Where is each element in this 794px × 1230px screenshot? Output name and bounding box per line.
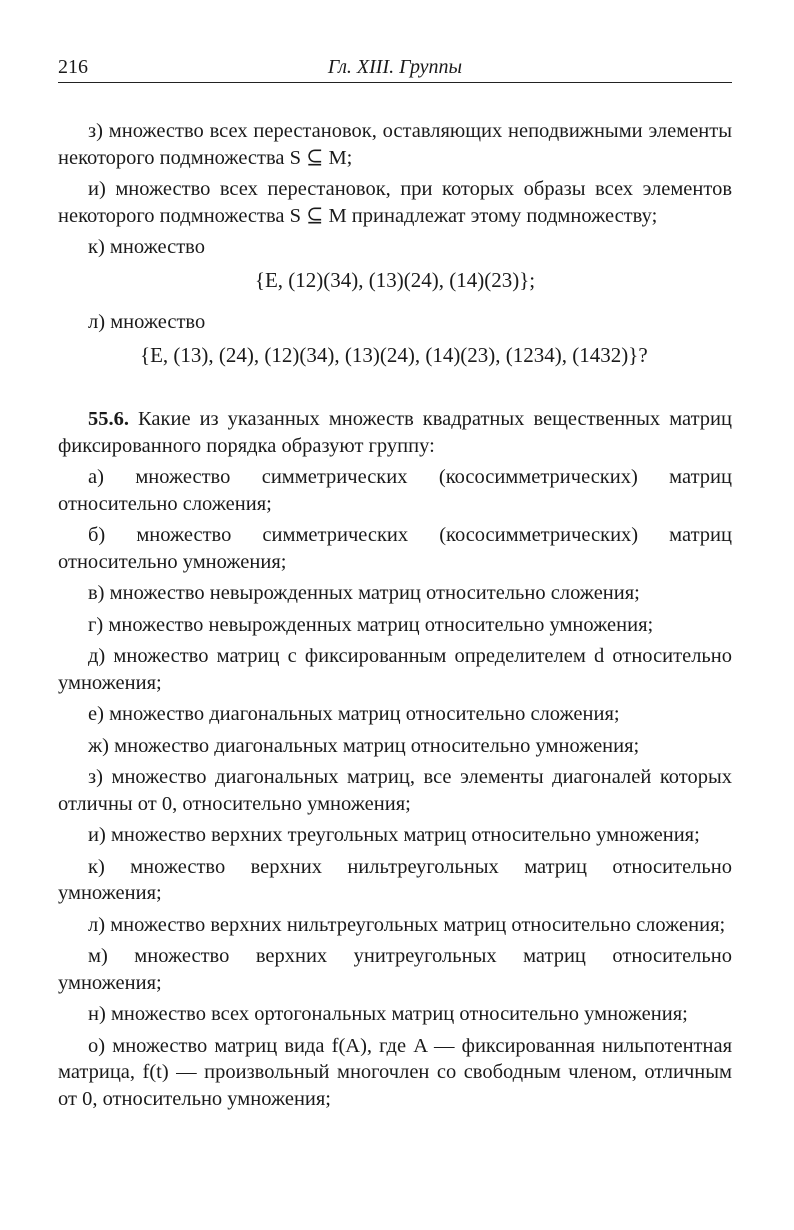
item-text: множество всех перестановок, оставляющих… (58, 120, 732, 169)
list-item: б) множество симметрических (кососимметр… (58, 522, 732, 575)
item-label: л) (88, 311, 110, 333)
set-formula: {E, (12)(34), (13)(24), (14)(23)}; (58, 267, 732, 294)
list-item: г) множество невырожденных матриц относи… (58, 612, 732, 639)
item-label: г) (88, 614, 108, 636)
item-text: множество (110, 311, 205, 333)
item-label: л) (88, 914, 110, 936)
problem-text: Какие из указанных множеств квадратных в… (58, 408, 732, 457)
set-formula: {E, (13), (24), (12)(34), (13)(24), (14)… (58, 342, 732, 369)
item-text: множество всех перестановок, при которых… (58, 178, 732, 227)
problem-number: 55.6. (88, 408, 129, 430)
list-item: к) множество верхних нильтреугольных мат… (58, 854, 732, 907)
item-label: д) (88, 645, 113, 667)
list-item: и) множество всех перестановок, при кото… (58, 176, 732, 229)
list-item: д) множество матриц с фиксированным опре… (58, 643, 732, 696)
list-item: и) множество верхних треугольных матриц … (58, 822, 732, 849)
item-text: множество симметрических (кососимметриче… (58, 524, 732, 573)
list-item: ж) множество диагональных матриц относит… (58, 733, 732, 760)
list-item: з) множество всех перестановок, оставляю… (58, 118, 732, 171)
list-item: л) множество (58, 309, 732, 336)
list-item: к) множество (58, 234, 732, 261)
item-text: множество всех ортогональных матриц отно… (111, 1003, 688, 1025)
item-label: в) (88, 582, 110, 604)
continuation-list: з) множество всех перестановок, оставляю… (58, 118, 732, 368)
item-text: множество верхних нильтреугольных матриц… (58, 856, 732, 905)
item-label: ж) (88, 735, 114, 757)
item-text: множество диагональных матриц относитель… (114, 735, 639, 757)
item-label: к) (88, 856, 130, 878)
item-text: множество невырожденных матриц относител… (108, 614, 653, 636)
list-item: н) множество всех ортогональных матриц о… (58, 1001, 732, 1028)
item-text: множество матриц с фиксированным определ… (58, 645, 732, 694)
item-label: е) (88, 703, 109, 725)
list-item: м) множество верхних унитреугольных матр… (58, 943, 732, 996)
item-text: множество (110, 236, 205, 258)
list-item: а) множество симметрических (кососимметр… (58, 464, 732, 517)
item-label: и) (88, 824, 111, 846)
running-title: Гл. XIII. Группы (58, 56, 732, 79)
item-label: б) (88, 524, 136, 546)
page-header: 216 Гл. XIII. Группы (58, 52, 732, 83)
item-text: множество диагональных матриц, все элеме… (58, 766, 732, 815)
item-text: множество матриц вида f(A), где A — фикс… (58, 1035, 732, 1110)
item-label: з) (88, 766, 111, 788)
list-item: е) множество диагональных матриц относит… (58, 701, 732, 728)
item-text: множество верхних нильтреугольных матриц… (110, 914, 725, 936)
item-label: о) (88, 1035, 112, 1057)
page-body: з) множество всех перестановок, оставляю… (58, 118, 732, 1117)
item-label: н) (88, 1003, 111, 1025)
problem-statement: 55.6. Какие из указанных множеств квадра… (58, 406, 732, 459)
list-item: л) множество верхних нильтреугольных мат… (58, 912, 732, 939)
item-text: множество невырожденных матриц относител… (110, 582, 640, 604)
item-label: а) (88, 466, 135, 488)
list-item: в) множество невырожденных матриц относи… (58, 580, 732, 607)
problem-item-list: а) множество симметрических (кососимметр… (58, 464, 732, 1112)
list-item: о) множество матриц вида f(A), где A — ф… (58, 1033, 732, 1113)
item-text: множество верхних треугольных матриц отн… (111, 824, 700, 846)
item-text: множество верхних унитреугольных матриц … (58, 945, 732, 994)
item-label: к) (88, 236, 110, 258)
item-label: и) (88, 178, 115, 200)
item-text: множество симметрических (кососимметриче… (58, 466, 732, 515)
item-label: м) (88, 945, 134, 967)
item-label: з) (88, 120, 109, 142)
item-text: множество диагональных матриц относитель… (109, 703, 620, 725)
list-item: з) множество диагональных матриц, все эл… (58, 764, 732, 817)
